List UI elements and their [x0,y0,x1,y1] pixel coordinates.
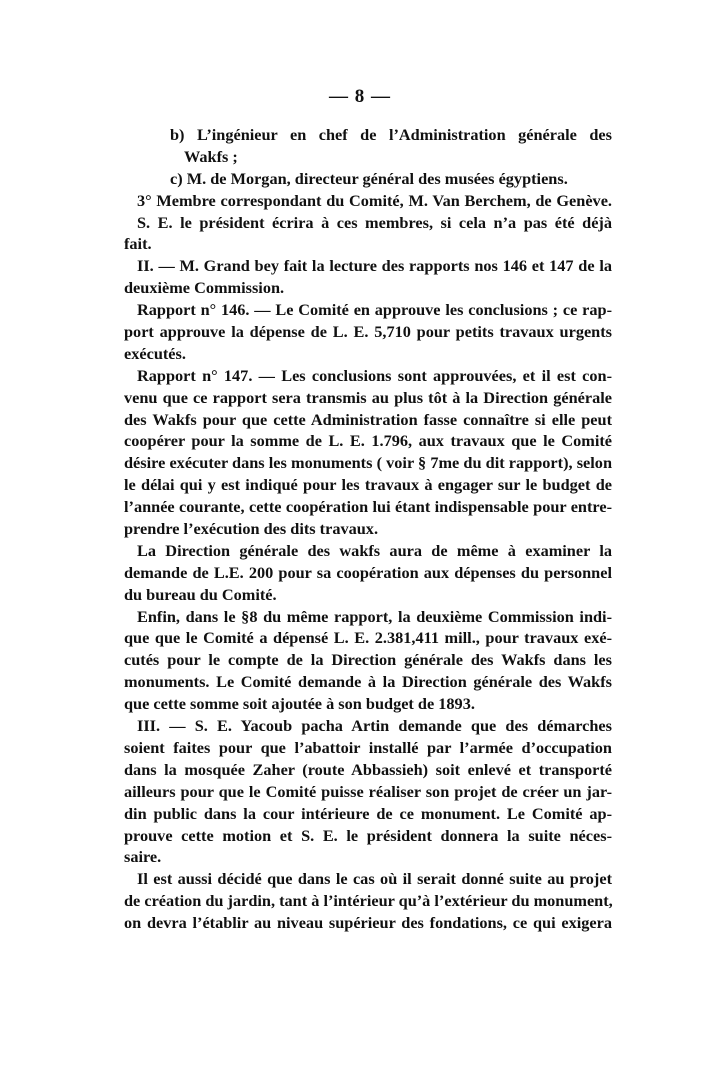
text-line: exécutés. [124,343,612,365]
text-line: 3° Membre correspondant du Comité, M. Va… [124,190,612,212]
text-line: soient faites pour que l’abattoir instal… [124,737,612,759]
text-line: din public dans la cour intérieure de ce… [124,803,612,825]
text-line: Rapport n° 147. — Les conclusions sont a… [124,365,612,387]
document-page: — 8 — b) L’ingénieur en chef de l’Admini… [0,0,720,1082]
text-line: Enfin, dans le §8 du même rapport, la de… [124,606,612,628]
text-line: que que le Comité a dépensé L. E. 2.381,… [124,627,612,649]
page-body-text: b) L’ingénieur en chef de l’Administrati… [124,124,612,934]
text-line: cutés pour le compte de la Direction gén… [124,649,612,671]
text-line: prendre l’exécution des dits travaux. [124,518,612,540]
text-line: l’année courante, cette coopération lui … [124,496,612,518]
text-line: venu que ce rapport sera transmis au plu… [124,387,612,409]
text-line: dans la mosquée Zaher (route Abbassieh) … [124,759,612,781]
text-line: III. — S. E. Yacoub pacha Artin demande … [124,715,612,737]
text-line: Wakfs ; [124,146,612,168]
text-line: prouve cette motion et S. E. le présiden… [124,825,612,847]
text-line: port approuve la dépense de L. E. 5,710 … [124,321,612,343]
text-line: b) L’ingénieur en chef de l’Administrati… [124,124,612,146]
text-line: désire exécuter dans les monuments ( voi… [124,452,612,474]
text-line: deuxième Commission. [124,277,612,299]
text-line: des Wakfs pour que cette Administration … [124,409,612,431]
text-line: ailleurs pour que le Comité puisse réali… [124,781,612,803]
text-line: c) M. de Morgan, directeur général des m… [124,168,612,190]
text-line: coopérer pour la somme de L. E. 1.796, a… [124,430,612,452]
text-line: de création du jardin, tant à l’intérieu… [124,890,612,912]
text-line: monuments. Le Comité demande à la Direct… [124,671,612,693]
text-line: Rapport n° 146. — Le Comité en approuve … [124,299,612,321]
page-number: — 8 — [0,86,720,108]
text-line: II. — M. Grand bey fait la lecture des r… [124,255,612,277]
text-line: La Direction générale des wakfs aura de … [124,540,612,562]
text-line: Il est aussi décidé que dans le cas où i… [124,868,612,890]
text-line: fait. [124,233,612,255]
text-line: du bureau du Comité. [124,584,612,606]
text-line: que cette somme soit ajoutée à son budge… [124,693,612,715]
text-line: on devra l’établir au niveau supérieur d… [124,912,612,934]
text-line: demande de L.E. 200 pour sa coopération … [124,562,612,584]
text-line: le délai qui y est indiqué pour les trav… [124,474,612,496]
text-line: saire. [124,846,612,868]
text-line: S. E. le président écrira à ces membres,… [124,212,612,234]
